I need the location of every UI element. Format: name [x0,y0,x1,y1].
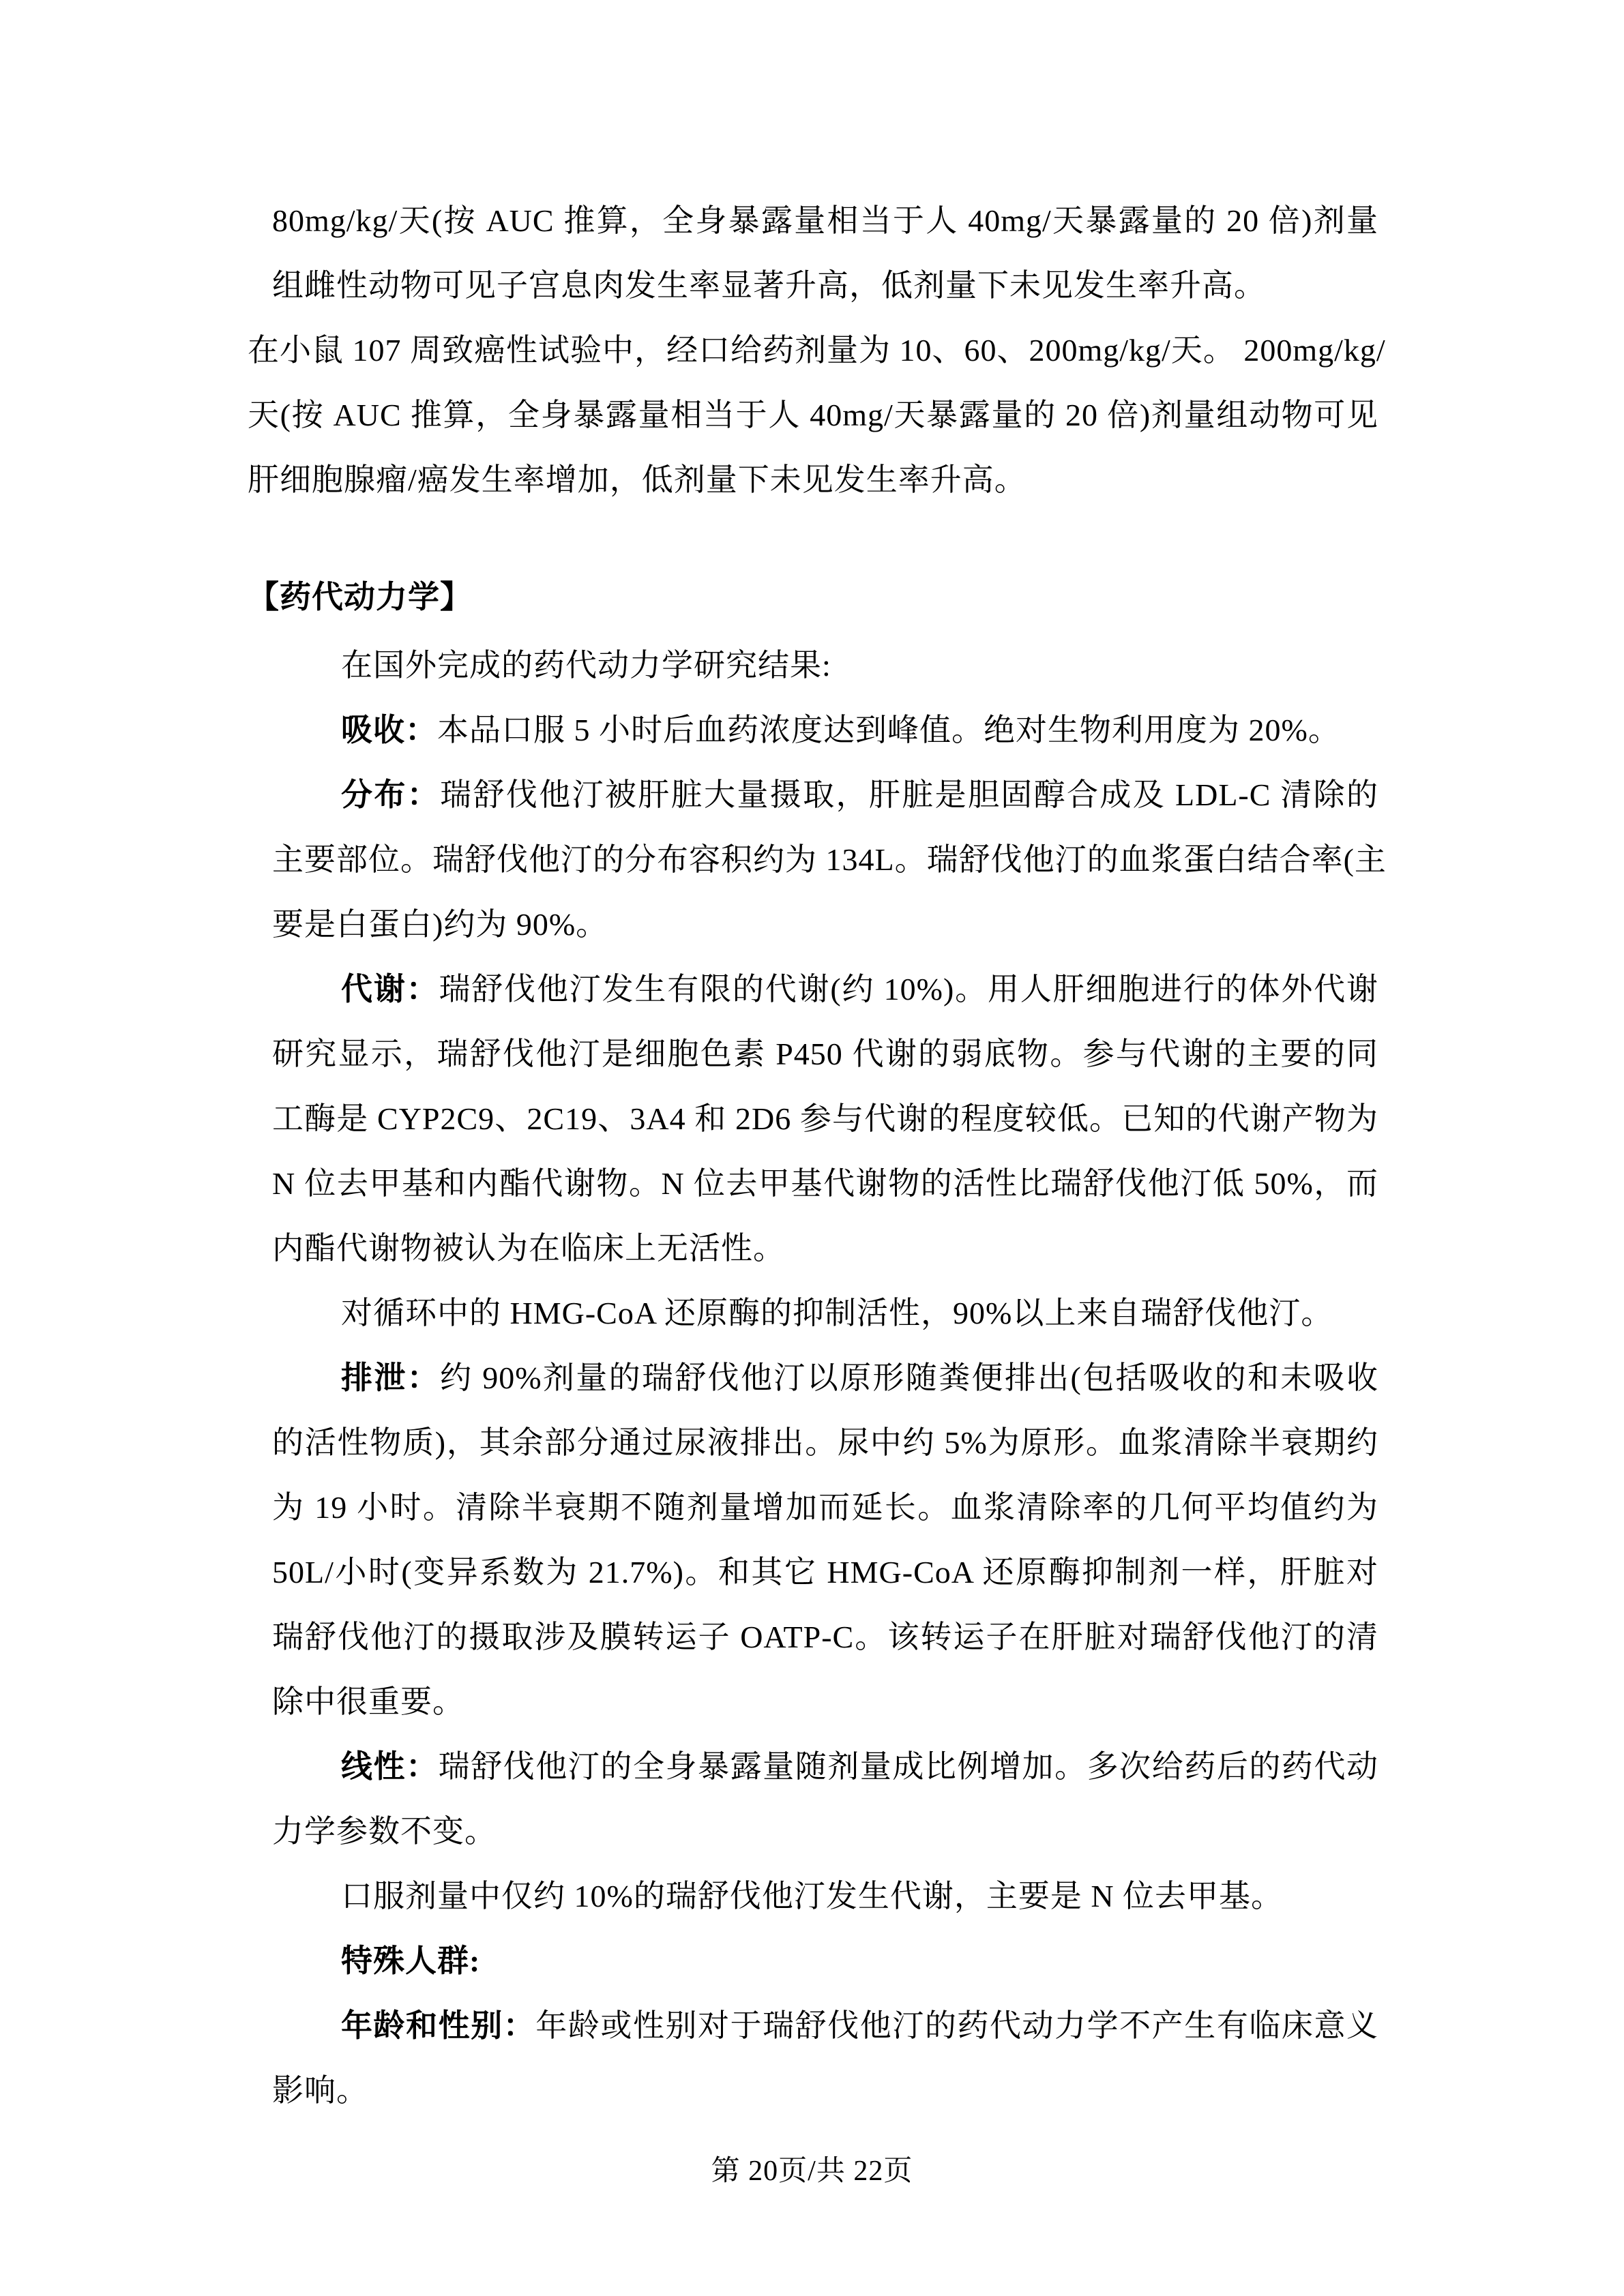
line-text: 组雌性动物可见子宫息肉发生率显著升高，低剂量下未见发生率升高。 [272,268,1266,303]
text-line: 吸收：本品口服 5 小时后血药浓度达到峰值。绝对生物利用度为 20%。 [341,698,1378,762]
section-heading-text: 【药代动力学】 [248,580,472,614]
text-line: 天(按 AUC 推算，全身暴露量相当于人 40mg/天暴露量的 20 倍)剂量组… [248,383,1378,447]
line-text: 在国外完成的药代动力学研究结果: [341,648,831,683]
line-text: 工酶是 CYP2C9、2C19、3A4 和 2D6 参与代谢的程度较低。已知的代… [272,1101,1378,1136]
text-line: 内酯代谢物被认为在临床上无活性。 [272,1216,1378,1281]
run-in-label: 排泄： [341,1360,440,1395]
run-in-label: 代谢： [341,972,439,1007]
text-line: 瑞舒伐他汀的摄取涉及膜转运子 OATP-C。该转运子在肝脏对瑞舒伐他汀的清 [272,1605,1378,1669]
line-text: 本品口服 5 小时后血药浓度达到峰值。绝对生物利用度为 20%。 [437,713,1340,747]
line-text: 研究显示，瑞舒伐他汀是细胞色素 P450 代谢的弱底物。参与代谢的主要的同 [272,1037,1378,1071]
text-line: N 位去甲基和内酯代谢物。N 位去甲基代谢物的活性比瑞舒伐他汀低 50%，而 [272,1151,1378,1216]
text-line: 力学参数不变。 [272,1799,1378,1864]
text-line: 在国外完成的药代动力学研究结果: [341,633,1378,698]
line-text: 要是白蛋白)约为 90%。 [272,907,608,942]
section-heading: 【药代动力学】 [248,565,1378,629]
line-text: 肝细胞腺瘤/癌发生率增加，低剂量下未见发生率升高。 [248,462,1027,497]
line-text: 瑞舒伐他汀被肝脏大量摄取，肝脏是胆固醇合成及 LDL-C 清除的 [440,777,1378,812]
line-text: 影响。 [272,2073,368,2108]
line-text: 80mg/kg/天(按 AUC 推算，全身暴露量相当于人 40mg/天暴露量的 … [272,203,1378,238]
text-line: 组雌性动物可见子宫息肉发生率显著升高，低剂量下未见发生率升高。 [272,253,1378,318]
run-in-label: 吸收： [341,713,437,747]
line-text: 50L/小时(变异系数为 21.7%)。和其它 HMG-CoA 还原酶抑制剂一样… [272,1555,1378,1590]
text-line: 线性：瑞舒伐他汀的全身暴露量随剂量成比例增加。多次给药后的药代动 [341,1734,1378,1799]
line-text: 瑞舒伐他汀发生有限的代谢(约 10%)。用人肝细胞进行的体外代谢 [439,972,1378,1007]
text-line: 分布：瑞舒伐他汀被肝脏大量摄取，肝脏是胆固醇合成及 LDL-C 清除的 [341,762,1378,827]
text-line: 要是白蛋白)约为 90%。 [272,892,1378,957]
text-line: 除中很重要。 [272,1669,1378,1734]
run-in-label: 年龄和性别： [341,2008,535,2043]
text-line: 为 19 小时。清除半衰期不随剂量增加而延长。血浆清除率的几何平均值约为 [272,1475,1378,1540]
text-line: 年龄和性别：年龄或性别对于瑞舒伐他汀的药代动力学不产生有临床意义 [341,1993,1378,2058]
text-line: 在小鼠 107 周致癌性试验中，经口给药剂量为 10、60、200mg/kg/天… [248,318,1378,383]
line-text: 为 19 小时。清除半衰期不随剂量增加而延长。血浆清除率的几何平均值约为 [272,1490,1378,1525]
line-text: 瑞舒伐他汀的摄取涉及膜转运子 OATP-C。该转运子在肝脏对瑞舒伐他汀的清 [272,1620,1378,1654]
document-page: 80mg/kg/天(按 AUC 推算，全身暴露量相当于人 40mg/天暴露量的 … [0,0,1624,2296]
line-text: 天(按 AUC 推算，全身暴露量相当于人 40mg/天暴露量的 20 倍)剂量组… [248,398,1378,432]
line-text: 约 90%剂量的瑞舒伐他汀以原形随粪便排出(包括吸收的和未吸收 [440,1360,1378,1395]
line-text: 年龄或性别对于瑞舒伐他汀的药代动力学不产生有临床意义 [535,2008,1378,2043]
line-text: N 位去甲基和内酯代谢物。N 位去甲基代谢物的活性比瑞舒伐他汀低 50%，而 [272,1166,1378,1201]
text-line: 代谢：瑞舒伐他汀发生有限的代谢(约 10%)。用人肝细胞进行的体外代谢 [341,957,1378,1022]
line-text: 的活性物质)，其余部分通过尿液排出。尿中约 5%为原形。血浆清除半衰期约 [272,1425,1378,1460]
text-line: 肝细胞腺瘤/癌发生率增加，低剂量下未见发生率升高。 [248,447,1378,512]
run-in-label: 分布： [341,777,440,812]
document-body: 80mg/kg/天(按 AUC 推算，全身暴露量相当于人 40mg/天暴露量的 … [248,188,1378,2123]
line-text: 力学参数不变。 [272,1814,497,1849]
text-line: 50L/小时(变异系数为 21.7%)。和其它 HMG-CoA 还原酶抑制剂一样… [272,1540,1378,1605]
line-text: 除中很重要。 [272,1684,464,1719]
text-line: 影响。 [272,2058,1378,2123]
text-line: 口服剂量中仅约 10%的瑞舒伐他汀发生代谢，主要是 N 位去甲基。 [341,1864,1378,1928]
line-text: 内酯代谢物被认为在临床上无活性。 [272,1231,785,1266]
run-in-label: 线性： [341,1749,439,1784]
page-number: 第 20页/共 22页 [0,2153,1624,2189]
run-in-label: 特殊人群: [341,1943,480,1978]
line-text: 在小鼠 107 周致癌性试验中，经口给药剂量为 10、60、200mg/kg/天… [248,333,1386,368]
text-line: 对循环中的 HMG-CoA 还原酶的抑制活性，90%以上来自瑞舒伐他汀。 [341,1281,1378,1345]
text-line: 研究显示，瑞舒伐他汀是细胞色素 P450 代谢的弱底物。参与代谢的主要的同 [272,1022,1378,1086]
line-text: 对循环中的 HMG-CoA 还原酶的抑制活性，90%以上来自瑞舒伐他汀。 [341,1296,1333,1330]
line-text: 口服剂量中仅约 10%的瑞舒伐他汀发生代谢，主要是 N 位去甲基。 [341,1879,1283,1913]
text-line: 的活性物质)，其余部分通过尿液排出。尿中约 5%为原形。血浆清除半衰期约 [272,1410,1378,1475]
text-line: 主要部位。瑞舒伐他汀的分布容积约为 134L。瑞舒伐他汀的血浆蛋白结合率(主 [272,827,1378,892]
line-text: 瑞舒伐他汀的全身暴露量随剂量成比例增加。多次给药后的药代动 [439,1749,1378,1784]
text-line: 特殊人群: [341,1928,1378,1993]
line-text: 主要部位。瑞舒伐他汀的分布容积约为 134L。瑞舒伐他汀的血浆蛋白结合率(主 [272,842,1387,877]
text-line: 80mg/kg/天(按 AUC 推算，全身暴露量相当于人 40mg/天暴露量的 … [272,188,1378,253]
text-line: 排泄：约 90%剂量的瑞舒伐他汀以原形随粪便排出(包括吸收的和未吸收 [341,1345,1378,1410]
text-line: 工酶是 CYP2C9、2C19、3A4 和 2D6 参与代谢的程度较低。已知的代… [272,1086,1378,1151]
